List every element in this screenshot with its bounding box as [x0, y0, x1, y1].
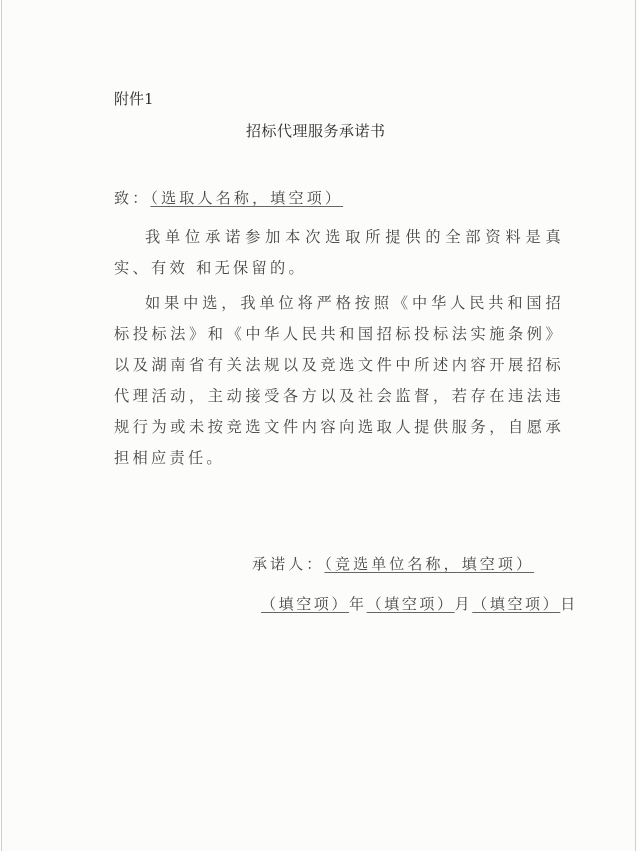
- attachment-label: 附件1: [114, 88, 154, 109]
- signature-label: 承诺人：: [252, 555, 324, 573]
- document-page: 附件1 招标代理服务承诺书 致：（选取人名称，填空项） 我单位承诺参加本次选取所…: [1, 0, 636, 851]
- signatory-name-field[interactable]: （竞选单位名称，填空项）: [324, 555, 534, 573]
- signature-line: 承诺人：（竞选单位名称，填空项）: [252, 553, 534, 574]
- recipient-prefix: 致：: [114, 189, 150, 207]
- recipient-line: 致：（选取人名称，填空项）: [114, 187, 343, 208]
- paragraph-commitment: 我单位承诺参加本次选取所提供的全部资料是真实、有效 和无保留的。: [114, 222, 564, 284]
- day-field[interactable]: （填空项）: [472, 595, 560, 613]
- month-field[interactable]: （填空项）: [367, 595, 455, 613]
- document-title: 招标代理服务承诺书: [246, 120, 386, 141]
- month-unit: 月: [455, 595, 473, 613]
- year-field[interactable]: （填空项）: [261, 595, 349, 613]
- day-unit: 日: [560, 595, 578, 613]
- paragraph-compliance: 如果中选，我单位将严格按照《中华人民共和国招标投标法》和《中华人民共和国招标投标…: [114, 288, 564, 474]
- date-line: （填空项）年（填空项）月（填空项）日: [261, 593, 578, 614]
- recipient-name-field[interactable]: （选取人名称，填空项）: [150, 189, 343, 207]
- year-unit: 年: [349, 595, 367, 613]
